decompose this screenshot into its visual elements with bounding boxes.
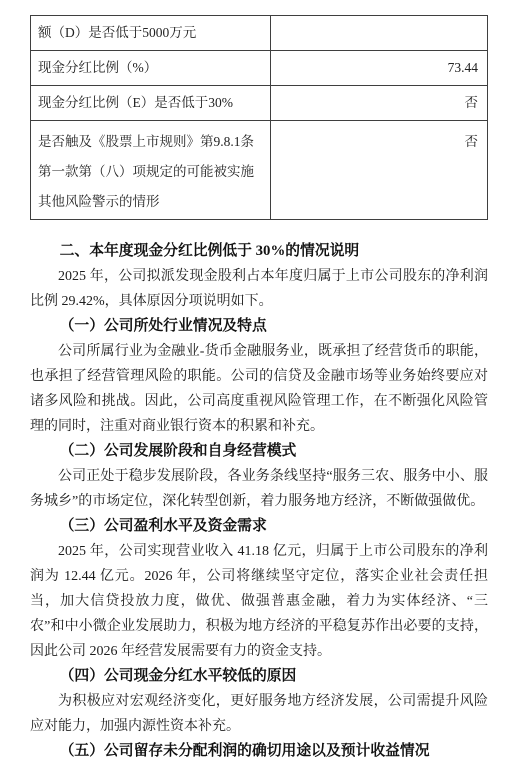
body-paragraph: 2025 年，公司拟派发现金股利占本年度归属于上市公司股东的净利润比例 29.4… <box>30 264 488 314</box>
body-paragraph: 公司正处于稳步发展阶段，各业务条线坚持“服务三农、服务中小、服务城乡”的市场定位… <box>30 464 488 514</box>
table-row: 额（D）是否低于5000万元 <box>31 16 488 51</box>
subsection-heading: （五）公司留存未分配利润的确切用途以及预计收益情况 <box>30 739 488 763</box>
criteria-label-cell: 现金分红比例（E）是否低于30% <box>31 86 271 121</box>
criteria-value-cell: 否 <box>271 86 488 121</box>
body-paragraph: 2025 年，公司实现营业收入 41.18 亿元，归属于上市公司股东的净利润为 … <box>30 539 488 664</box>
criteria-value-cell: 73.44 <box>271 51 488 86</box>
table-row: 是否触及《股票上市规则》第9.8.1条第一款第（八）项规定的可能被实施其他风险警… <box>31 121 488 220</box>
subsection-heading: （四）公司现金分红水平较低的原因 <box>30 664 488 689</box>
section-heading: 二、本年度现金分红比例低于 30%的情况说明 <box>30 239 488 264</box>
criteria-label-cell: 现金分红比例（%） <box>31 51 271 86</box>
dividend-criteria-table: 额（D）是否低于5000万元 现金分红比例（%） 73.44 现金分红比例（E）… <box>30 15 488 220</box>
criteria-value-cell: 否 <box>271 121 488 220</box>
document-page: 额（D）是否低于5000万元 现金分红比例（%） 73.44 现金分红比例（E）… <box>0 0 519 763</box>
subsection-heading: （三）公司盈利水平及资金需求 <box>30 514 488 539</box>
table-row: 现金分红比例（E）是否低于30% 否 <box>31 86 488 121</box>
body-paragraph: 为积极应对宏观经济变化，更好服务地方经济发展，公司需提升风险应对能力，加强内源性… <box>30 689 488 739</box>
subsection-heading: （一）公司所处行业情况及特点 <box>30 314 488 339</box>
body-paragraph: 公司所属行业为金融业-货币金融服务业，既承担了经营货币的职能，也承担了经营管理风… <box>30 339 488 439</box>
subsection-heading: （二）公司发展阶段和自身经营模式 <box>30 439 488 464</box>
criteria-value-cell <box>271 16 488 51</box>
document-body: 二、本年度现金分红比例低于 30%的情况说明 2025 年，公司拟派发现金股利占… <box>30 239 488 763</box>
criteria-label-cell: 额（D）是否低于5000万元 <box>31 16 271 51</box>
criteria-label-cell: 是否触及《股票上市规则》第9.8.1条第一款第（八）项规定的可能被实施其他风险警… <box>31 121 271 220</box>
table-row: 现金分红比例（%） 73.44 <box>31 51 488 86</box>
